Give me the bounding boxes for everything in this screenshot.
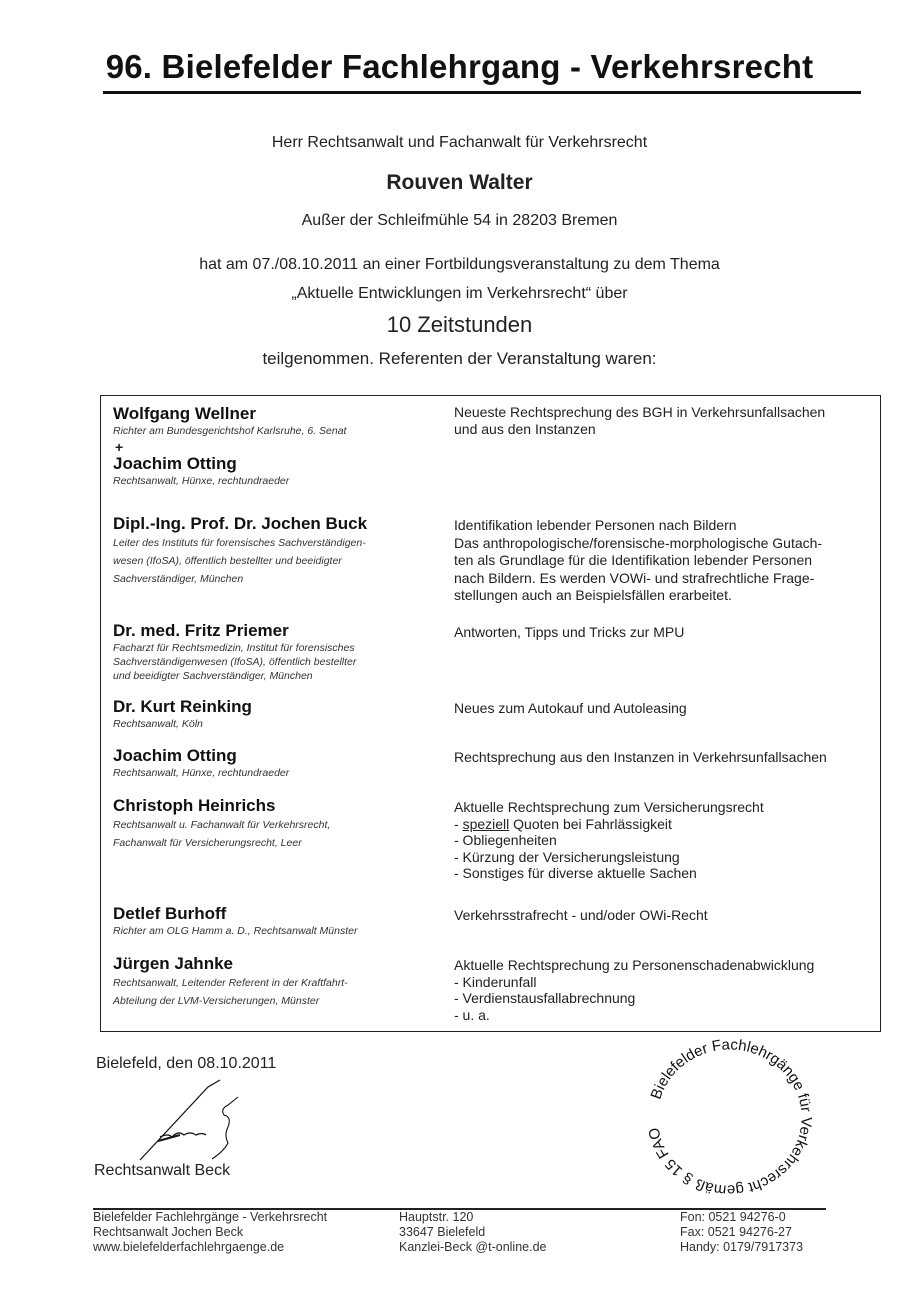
- topic-line: - Kinderunfall: [454, 974, 874, 991]
- footer-org-name: Bielefelder Fachlehrgänge - Verkehrsrech…: [93, 1210, 327, 1225]
- speaker-role: Sachverständiger, München: [113, 570, 453, 588]
- topic-line: Neueste Rechtsprechung des BGH in Verkeh…: [454, 404, 874, 421]
- speaker-name: Detlef Burhoff: [113, 904, 453, 924]
- topic-line: - speziell Quoten bei Fahrlässigkeit: [454, 816, 874, 833]
- topic-line: - Sonstiges für diverse aktuelle Sachen: [454, 865, 874, 882]
- speaker-info: Dipl.-Ing. Prof. Dr. Jochen Buck Leiter …: [113, 514, 453, 588]
- stamp: Bielefelder Fachlehrgänge für Verkehrsre…: [630, 1030, 830, 1200]
- speaker-name: Dr. Kurt Reinking: [113, 697, 453, 717]
- topic-line: und aus den Instanzen: [454, 421, 874, 438]
- topic-line: nach Bildern. Es werden VOWi- und strafr…: [454, 570, 874, 588]
- speaker-topic: Identifikation lebender Personen nach Bi…: [454, 517, 874, 605]
- speaker-topic: Antworten, Tipps und Tricks zur MPU: [454, 624, 874, 641]
- footer-fon: Fon: 0521 94276-0: [680, 1210, 803, 1225]
- topic-line: Identifikation lebender Personen nach Bi…: [454, 517, 874, 535]
- speaker-topic: Neues zum Autokauf und Autoleasing: [454, 700, 874, 717]
- speaker-role: Rechtsanwalt u. Fachanwalt für Verkehrsr…: [113, 816, 453, 834]
- speaker-topic: Verkehrsstrafrecht - und/oder OWi-Recht: [454, 907, 874, 924]
- footer-phone: Fon: 0521 94276-0 Fax: 0521 94276-27 Han…: [680, 1210, 803, 1255]
- document-title: 96. Bielefelder Fachlehrgang - Verkehrsr…: [0, 48, 919, 86]
- speaker-role: Sachverständigenwesen (IfoSA), öffentlic…: [113, 655, 453, 669]
- speaker-info: Detlef Burhoff Richter am OLG Hamm a. D.…: [113, 904, 453, 938]
- speakers-table: Wolfgang Wellner Richter am Bundesgerich…: [100, 395, 881, 1032]
- speaker-name: Dr. med. Fritz Priemer: [113, 621, 453, 641]
- footer-organization: Bielefelder Fachlehrgänge - Verkehrsrech…: [93, 1210, 327, 1255]
- speaker-role: Fachanwalt für Versicherungsrecht, Leer: [113, 834, 453, 852]
- speaker-info: Joachim Otting Rechtsanwalt, Hünxe, rech…: [113, 746, 453, 780]
- speaker-role: Abteilung der LVM-Versicherungen, Münste…: [113, 992, 453, 1010]
- speaker-role: Leiter des Instituts für forensisches Sa…: [113, 534, 453, 552]
- event-topic: „Aktuelle Entwicklungen im Verkehrsrecht…: [0, 285, 919, 303]
- svg-text:Bielefelder Fachlehrgänge für: Bielefelder Fachlehrgänge für Verkehrsre…: [645, 1036, 814, 1198]
- speaker-name: Jürgen Jahnke: [113, 954, 453, 974]
- speaker-info: Jürgen Jahnke Rechtsanwalt, Leitender Re…: [113, 954, 453, 1010]
- speaker-info: Christoph Heinrichs Rechtsanwalt u. Fach…: [113, 796, 453, 852]
- speaker-role: Rechtsanwalt, Leitender Referent in der …: [113, 974, 453, 992]
- topic-line: Aktuelle Rechtsprechung zum Versicherung…: [454, 799, 874, 816]
- topic-line: Rechtsprechung aus den Instanzen in Verk…: [454, 749, 874, 766]
- footer-street: Hauptstr. 120: [399, 1210, 547, 1225]
- topic-line: - u. a.: [454, 1007, 874, 1024]
- speaker-info: Dr. Kurt Reinking Rechtsanwalt, Köln: [113, 697, 453, 731]
- speaker-info: Dr. med. Fritz Priemer Facharzt für Rech…: [113, 621, 453, 683]
- speaker-name: Joachim Otting: [113, 746, 453, 766]
- topic-line: Das anthropologische/forensische-morphol…: [454, 535, 874, 553]
- topic-line: - Kürzung der Versicherungsleistung: [454, 849, 874, 866]
- speaker-name: Dipl.-Ing. Prof. Dr. Jochen Buck: [113, 514, 453, 534]
- salutation: Herr Rechtsanwalt und Fachanwalt für Ver…: [0, 134, 919, 152]
- speaker-role: und beeidigter Sachverständiger, München: [113, 669, 453, 683]
- event-description: hat am 07./08.10.2011 an einer Fortbildu…: [0, 256, 919, 274]
- plus-joiner: +: [115, 440, 453, 454]
- speaker-info: Wolfgang Wellner Richter am Bundesgerich…: [113, 404, 453, 488]
- speakers-intro: teilgenommen. Referenten der Veranstaltu…: [0, 349, 919, 369]
- speaker-role: Rechtsanwalt, Köln: [113, 717, 453, 731]
- topic-line: Neues zum Autokauf und Autoleasing: [454, 700, 874, 717]
- footer-email[interactable]: Kanzlei-Beck @t-online.de: [399, 1240, 547, 1255]
- topic-line: stellungen auch an Beispielsfällen erarb…: [454, 587, 874, 605]
- speaker-role: Rechtsanwalt, Hünxe, rechtundraeder: [113, 766, 453, 780]
- topic-line: Aktuelle Rechtsprechung zu Personenschad…: [454, 957, 874, 974]
- hours: 10 Zeitstunden: [0, 312, 919, 338]
- speaker-role: Richter am OLG Hamm a. D., Rechtsanwalt …: [113, 924, 453, 938]
- topic-line: - Obliegenheiten: [454, 832, 874, 849]
- speaker-role: Richter am Bundesgerichtshof Karlsruhe, …: [113, 424, 453, 438]
- footer-website[interactable]: www.bielefelderfachlehrgaenge.de: [93, 1240, 327, 1255]
- stamp-text: Bielefelder Fachlehrgänge für Verkehrsre…: [645, 1036, 814, 1198]
- topic-line: ten als Grundlage für die Identifikation…: [454, 552, 874, 570]
- footer-address: Hauptstr. 120 33647 Bielefeld Kanzlei-Be…: [399, 1210, 547, 1255]
- signature: [120, 1075, 250, 1170]
- speaker-name: Wolfgang Wellner: [113, 404, 453, 424]
- recipient-address: Außer der Schleifmühle 54 in 28203 Breme…: [0, 212, 919, 230]
- speaker-topic: Aktuelle Rechtsprechung zu Personenschad…: [454, 957, 874, 1023]
- speaker-role: Facharzt für Rechtsmedizin, Institut für…: [113, 641, 453, 655]
- title-underline: [103, 91, 861, 94]
- footer-mobile: Handy: 0179/7917373: [680, 1240, 803, 1255]
- underlined-word: speziell: [463, 816, 510, 832]
- speaker-role: Rechtsanwalt, Hünxe, rechtundraeder: [113, 474, 453, 488]
- topic-line: - Verdienstausfallabrechnung: [454, 990, 874, 1007]
- speaker-role: wesen (IfoSA), öffentlich bestellter und…: [113, 552, 453, 570]
- speaker-name: Joachim Otting: [113, 454, 453, 474]
- footer-contact-person: Rechtsanwalt Jochen Beck: [93, 1225, 327, 1240]
- speaker-name: Christoph Heinrichs: [113, 796, 453, 816]
- footer-fax: Fax: 0521 94276-27: [680, 1225, 803, 1240]
- speaker-topic: Rechtsprechung aus den Instanzen in Verk…: [454, 749, 874, 766]
- signer-title: Rechtsanwalt Beck: [94, 1162, 230, 1180]
- place-date: Bielefeld, den 08.10.2011: [96, 1055, 276, 1073]
- footer-city: 33647 Bielefeld: [399, 1225, 547, 1240]
- speaker-topic: Neueste Rechtsprechung des BGH in Verkeh…: [454, 404, 874, 437]
- speaker-topic: Aktuelle Rechtsprechung zum Versicherung…: [454, 799, 874, 882]
- topic-line: Antworten, Tipps und Tricks zur MPU: [454, 624, 874, 641]
- recipient-name: Rouven Walter: [0, 171, 919, 195]
- topic-line: Verkehrsstrafrecht - und/oder OWi-Recht: [454, 907, 874, 924]
